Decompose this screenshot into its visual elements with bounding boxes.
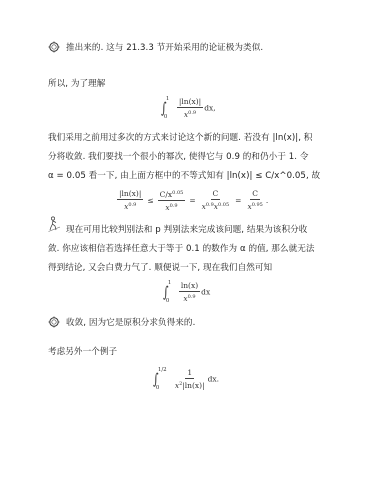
- equation-integral-2: ∫10ln(x)x0.9dx: [162, 280, 210, 304]
- target-circle-icon: [48, 316, 60, 328]
- text-line: 所以, 为了理解: [48, 79, 105, 90]
- paragraph-line: 我们采用之前用过多次的方式来讨论这个新的问题. 若没有 |ln(x)|, 积: [48, 133, 312, 144]
- paragraph-line: 现在可用比较判别法和 p 判别法来完成该问题, 结果为该积分收: [66, 225, 307, 236]
- paragraph-line: 得到结论, 又会白费力气了. 顺便说一下, 现在我们自然可知: [48, 263, 272, 274]
- equation-inequality: |ln(x)|x0.9≤C/x0.05x0.9=Cx0.9x0.05=Cx0.9…: [116, 188, 268, 213]
- equation-integral-1: ∫10|ln(x)|x0.9dx,: [160, 96, 216, 120]
- paragraph-line: α = 0.05 看一下, 由上面方框中的不等式知有 |ln(x)| ≤ C/x…: [48, 171, 320, 182]
- equation-integral-3: ∫1/201x2|ln(x)|dx.: [152, 367, 219, 391]
- text-line: 推出来的. 这与 21.3.3 节开始采用的论证极为类似.: [66, 43, 263, 54]
- text-line: 考虑另外一个例子: [48, 347, 117, 358]
- target-circle-icon: [48, 41, 60, 53]
- paragraph-line: 分将收敛. 我们要找一个很小的幂次, 使得它与 0.9 的和仍小于 1. 令: [48, 152, 308, 163]
- climbing-person-icon: [48, 216, 61, 232]
- paragraph-line: 敛. 你应该相信若选择任意大于等于 0.1 的数作为 α 的值, 那么就无法: [48, 244, 315, 255]
- text-line: 收敛, 因为它是原积分求负得来的.: [66, 318, 195, 329]
